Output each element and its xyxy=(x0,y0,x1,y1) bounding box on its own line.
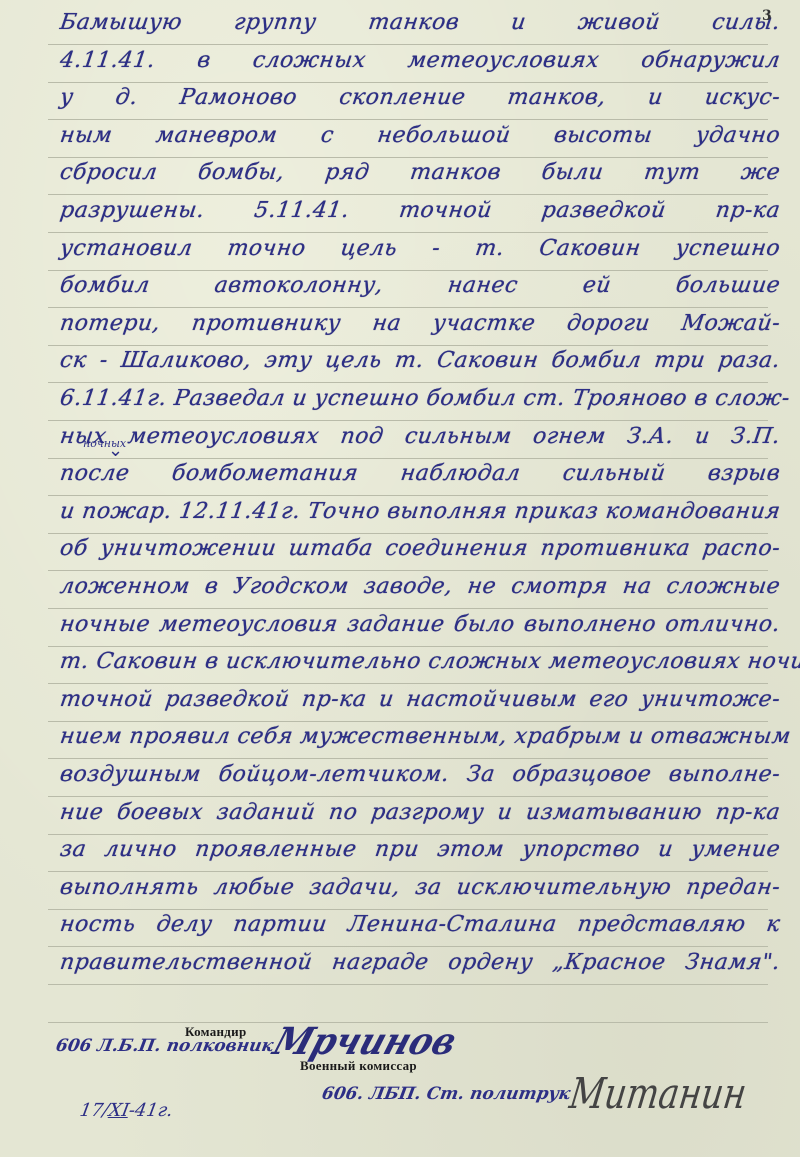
ruled-line xyxy=(48,194,768,195)
ruled-line xyxy=(48,44,768,45)
handwritten-line: выполнять любые задачи, за исключительну… xyxy=(58,873,782,903)
handwritten-line: нием проявил себя мужественным, храбрым … xyxy=(58,722,782,752)
document-page: Бамышую группу танков и живой силы.4.11.… xyxy=(0,0,800,1157)
ruled-line xyxy=(48,796,768,797)
commissar-label: Военный комиссар xyxy=(300,1058,417,1074)
ruled-line xyxy=(48,871,768,872)
handwritten-line: т. Саковин в исключительно сложных метео… xyxy=(58,647,782,677)
handwritten-line: потери, противнику на участке дороги Мож… xyxy=(58,309,782,339)
handwritten-line: и пожар. 12.11.41г. Точно выполняя прика… xyxy=(58,497,782,527)
handwritten-line: правительственной награде ордену „Красно… xyxy=(58,948,782,978)
handwritten-line: воздушным бойцом-летчиком. За образцовое… xyxy=(58,760,782,790)
ruled-line xyxy=(48,382,768,383)
signing-date: 17/XI-41г. xyxy=(78,1100,174,1121)
handwritten-line: разрушены. 5.11.41. точной разведкой пр-… xyxy=(58,196,782,226)
handwritten-line: ск - Шаликово, эту цель т. Саковин бомби… xyxy=(58,346,782,376)
date-day: 17 xyxy=(78,1100,105,1121)
handwritten-line: установил точно цель - т. Саковин успешн… xyxy=(58,234,782,264)
handwritten-line: ние боевых заданий по разгрому и изматыв… xyxy=(58,798,782,828)
handwritten-line: сбросил бомбы, ряд танков были тут же xyxy=(58,158,782,188)
handwritten-line: за лично проявленные при этом упорство и… xyxy=(58,835,782,865)
handwritten-line: ность делу партии Ленина-Сталина предста… xyxy=(58,910,782,940)
handwritten-line: Бамышую группу танков и живой силы. xyxy=(58,8,782,38)
handwritten-line: ночные метеоусловия задание было выполне… xyxy=(58,610,782,640)
commissar-rank: 606. ЛБП. Ст. политрук xyxy=(320,1084,572,1104)
handwritten-line: 6.11.41г. Разведал и успешно бомбил ст. … xyxy=(58,384,782,414)
ruled-line xyxy=(48,232,768,233)
handwritten-line: ных метеоусловиях под сильным огнем З.А.… xyxy=(58,422,782,452)
date-month: XI xyxy=(107,1100,131,1121)
handwritten-line: об уничтожении штаба соединения противни… xyxy=(58,534,782,564)
handwritten-line: у д. Рамоново скопление танков, и искус- xyxy=(58,83,782,113)
page-mark-top: 3 xyxy=(762,8,772,24)
commissar-signature: Митанин xyxy=(566,1069,749,1119)
date-year: 41г. xyxy=(133,1100,174,1121)
commander-rank: 606 Л.Б.П. полковник xyxy=(54,1036,275,1056)
ruled-line xyxy=(48,946,768,947)
handwritten-line: бомбил автоколонну, нанес ей большие xyxy=(58,271,782,301)
ruled-line xyxy=(48,683,768,684)
handwritten-line: ным маневром с небольшой высоты удачно xyxy=(58,121,782,151)
ruled-line xyxy=(48,119,768,120)
ruled-line xyxy=(48,307,768,308)
insertion-caret-icon: ⌄ xyxy=(108,440,123,461)
handwritten-line: точной разведкой пр-ка и настойчивым его… xyxy=(58,685,782,715)
ruled-line xyxy=(48,495,768,496)
ruled-line xyxy=(48,758,768,759)
handwritten-line: ложенном в Угодском заводе, не смотря на… xyxy=(58,572,782,602)
handwritten-line: 4.11.41. в сложных метеоусловиях обнаруж… xyxy=(58,46,782,76)
handwritten-line: после бомбометания наблюдал сильный взры… xyxy=(58,459,782,489)
ruled-line xyxy=(48,984,768,985)
ruled-line xyxy=(48,420,768,421)
ruled-line xyxy=(48,608,768,609)
ruled-line xyxy=(48,570,768,571)
